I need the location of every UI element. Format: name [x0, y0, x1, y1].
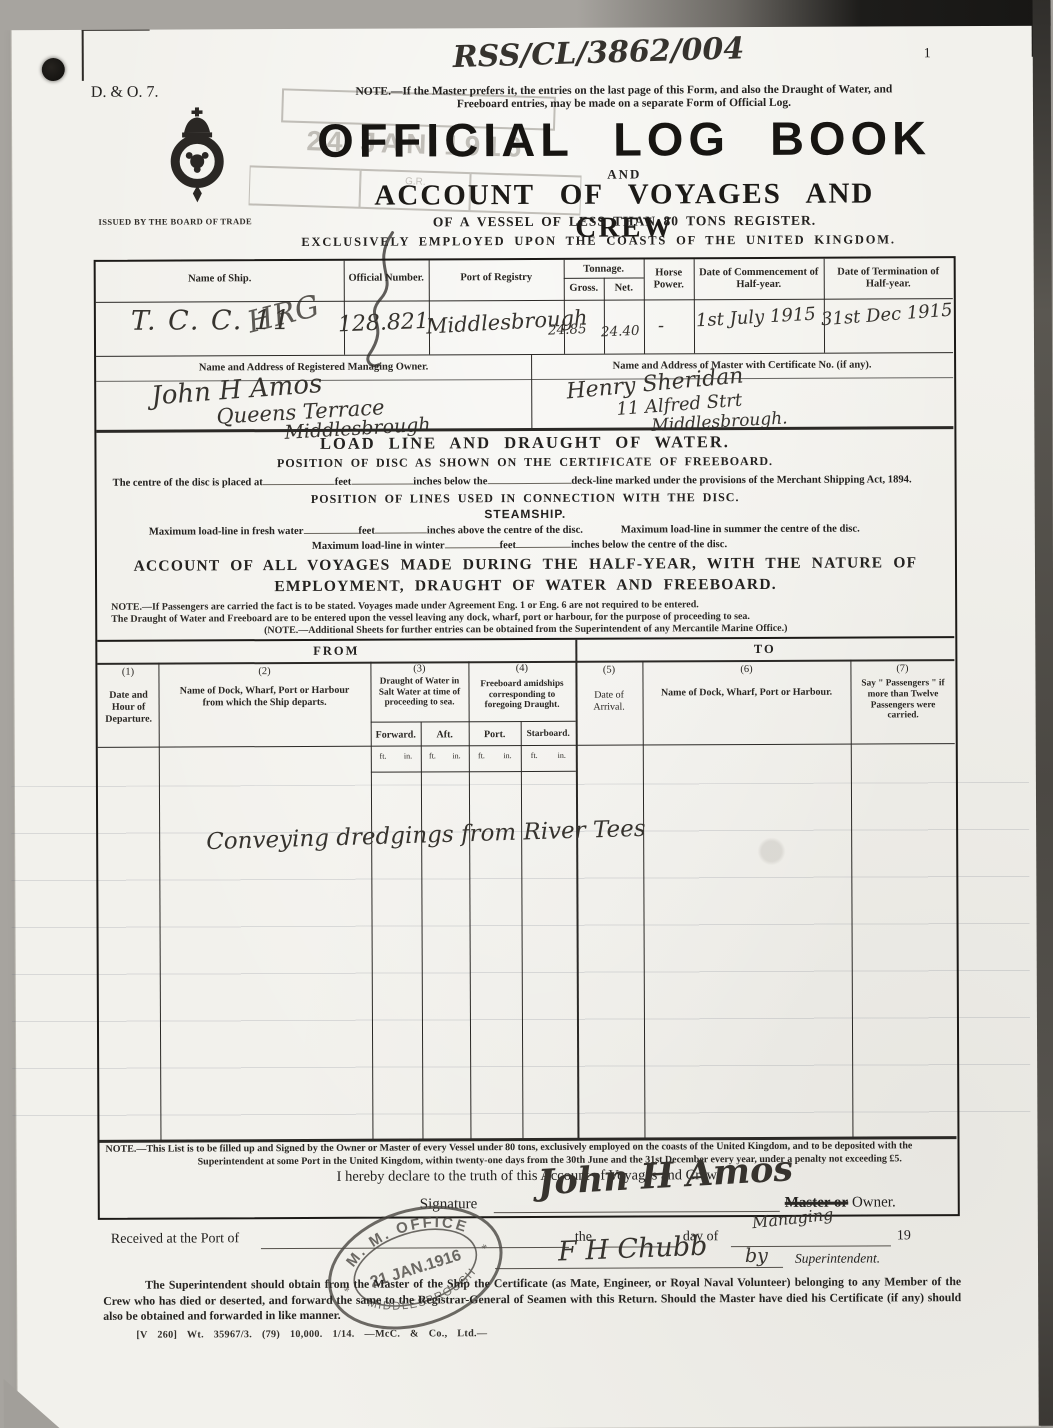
header-port-of-registry: Port of Registry: [429, 272, 564, 285]
loadline-centre-text3: inches below the: [413, 476, 487, 487]
loadline-winter-text2: feet: [500, 540, 517, 551]
header-official-number: Official Number.: [344, 272, 429, 284]
table-vline: [421, 721, 424, 1140]
header-gross: Gross.: [564, 283, 604, 295]
from-header: FROM: [97, 643, 575, 660]
col1-label: Date and Hour of Departure.: [100, 690, 158, 726]
ft-label: ft.: [531, 751, 538, 760]
table-hline: [98, 743, 955, 748]
footer-note: NOTE.—This List is to be filled up and S…: [105, 1140, 951, 1169]
ftin-cell: ft.in.: [521, 751, 576, 760]
col4-label: Freeboard amidships corresponding to for…: [471, 678, 572, 710]
voyage-entry-handwriting: Conveying dredgings from River Tees: [206, 816, 646, 855]
col4-sub-port: Port.: [469, 729, 521, 741]
blank-line: [516, 537, 571, 548]
blank-line: [487, 473, 571, 484]
loadline-fresh-text2: feet: [358, 526, 375, 537]
loadline-fresh-text1: Maximum load-line in fresh water: [149, 526, 304, 538]
col2-label: Name of Dock, Wharf, Port or Harbour fro…: [170, 685, 358, 709]
superintendent-signature-handwriting: F H Chubb: [557, 1231, 708, 1268]
signature-line: [494, 1211, 780, 1213]
table-vline: [642, 660, 645, 1139]
crest-icon: [156, 105, 238, 205]
header-horse-power: Horse Power.: [644, 267, 694, 291]
loadline-title: LOAD LINE AND DRAUGHT OF WATER.: [96, 431, 953, 455]
crest-caption: ISSUED BY THE BOARD OF TRADE: [98, 216, 252, 227]
punch-hole: [42, 58, 65, 81]
by-handwriting: by: [745, 1245, 768, 1267]
col2-number: (2): [158, 666, 370, 678]
blank-line: [375, 522, 427, 533]
loadline-fresh-text3: inches above the centre of the disc.: [427, 525, 583, 537]
ft-label: ft.: [380, 752, 387, 761]
commencement-handwriting: 1st July 1915: [695, 304, 816, 332]
col5-label: Date of Arrival.: [578, 690, 641, 714]
coasts-line: EXCLUSIVELY EMPLOYED UPON THE COASTS OF …: [249, 232, 949, 250]
paper-sheet: 1 RSS/CL/3862/004 D. & O. 7. 24 JAN 1916…: [0, 0, 1053, 1428]
loadline-summer-text: Maximum load-line in summer the centre o…: [621, 524, 860, 536]
ft-label: ft.: [429, 751, 436, 760]
owner-word: Owner.: [852, 1194, 896, 1210]
col3-sub-forward: Forward.: [371, 729, 421, 741]
table-hline: [371, 721, 576, 723]
ft-label: ft.: [478, 751, 485, 760]
table-hline: [96, 352, 953, 357]
loadline-centre-text4: deck-line marked under the provisions of…: [571, 474, 911, 486]
header-name-of-ship: Name of Ship.: [96, 273, 344, 286]
table-vline: [850, 660, 853, 1139]
account-title2: EMPLOYMENT, DRAUGHT OF WATER AND FREEBOA…: [97, 575, 954, 597]
official-number-handwriting: 128.821: [337, 309, 429, 338]
account-note3: (NOTE.—Additional Sheets for further ent…: [97, 622, 954, 637]
ftin-cell: ft.in.: [421, 751, 469, 760]
form-box: Name of Ship. Official Number. Port of R…: [94, 256, 960, 1220]
header-commencement: Date of Commencement of Half-year.: [696, 267, 822, 292]
col6-label: Name of Dock, Wharf, Port or Harbour.: [655, 687, 839, 700]
received-at-port-label: Received at the Port of: [111, 1231, 239, 1248]
voyages-table: FROM TO (1) (2) (3) (4) (5) (6) (7) Date…: [97, 636, 956, 1142]
col4-sub-starboard: Starboard.: [521, 729, 576, 741]
termination-handwriting: 31st Dec 1915: [820, 300, 953, 331]
loadline-winter-line: Maximum load-line in winterfeetinches be…: [312, 535, 952, 552]
header-net: Net.: [604, 282, 644, 294]
ftin-cell: ft.in.: [371, 751, 421, 760]
ship-name-handwriting: T. C. C. 11: [131, 305, 292, 337]
col3-number: (3): [370, 663, 468, 674]
loadline-sub1: POSITION OF DISC AS SHOWN ON THE CERTIFI…: [96, 453, 953, 472]
col7-label: Say " Passengers " if more than Twelve P…: [854, 678, 951, 722]
table-vline: [521, 721, 524, 1140]
loadline-winter-text3: inches below the centre of the disc.: [571, 539, 727, 551]
blank-line: [263, 474, 335, 485]
blank-line: [303, 523, 358, 534]
to-header: TO: [575, 641, 954, 658]
col1-number: (1): [97, 667, 158, 678]
year-19: 19: [897, 1228, 911, 1244]
scanner-top-edge: [0, 0, 1051, 30]
col7-number: (7): [850, 663, 954, 674]
table-hline: [371, 771, 576, 773]
table-vline: [158, 663, 161, 1142]
col3-sub-aft: Aft.: [421, 729, 469, 741]
stamp-star-right: *: [480, 1241, 490, 1256]
vessel-line: OF A VESSEL OF LESS THAN 80 TONS REGISTE…: [318, 212, 930, 231]
col5-number: (5): [575, 664, 642, 675]
crop-mark-top-left: [82, 29, 150, 81]
in-label: in.: [404, 752, 412, 761]
board-of-trade-crest: [156, 105, 238, 205]
col6-number: (6): [642, 664, 850, 676]
loadline-centre-line: The centre of the disc is placed atfeeti…: [113, 471, 943, 489]
table-hline: [564, 277, 644, 278]
in-label: in.: [503, 751, 511, 760]
col3-label: Draught of Water in Salt Water at time o…: [373, 675, 465, 707]
declaration-text: I hereby declare to the truth of this Ac…: [100, 1166, 957, 1187]
page-number: 1: [924, 46, 931, 62]
blank-line: [351, 473, 413, 484]
col4-number: (4): [468, 663, 575, 674]
net-tonnage-handwriting: 24.40: [601, 323, 640, 341]
printer-imprint: [V 260] Wt. 35967/3. (79) 10,000. 1/14. …: [136, 1328, 487, 1341]
horse-power-handwriting: -: [658, 315, 664, 336]
loadline-winter-text1: Maximum load-line in winter: [312, 540, 445, 552]
scanned-log-book-page: 1 RSS/CL/3862/004 D. & O. 7. 24 JAN 1916…: [0, 0, 1053, 1428]
header-tonnage: Tonnage.: [564, 263, 644, 275]
gross-tonnage-handwriting: 24.85: [548, 321, 587, 339]
account-title1: ACCOUNT OF ALL VOYAGES MADE DURING THE H…: [97, 554, 954, 576]
superintendent-label: Superintendent.: [795, 1250, 880, 1266]
header-termination: Date of Termination of Half-year.: [826, 266, 951, 291]
form-code: D. & O. 7.: [91, 84, 159, 102]
superintendent-paragraph: The Superintendent should obtain from th…: [103, 1274, 961, 1324]
in-label: in.: [452, 751, 460, 760]
loadline-centre-text1: The centre of the disc is placed at: [113, 477, 263, 489]
blank-line: [445, 537, 500, 548]
ftin-cell: ft.in.: [469, 751, 521, 760]
from-to-divider: [575, 640, 579, 1140]
main-title: OFFICIAL LOG BOOK: [316, 110, 932, 168]
loadline-centre-text2: feet: [335, 477, 352, 488]
in-label: in.: [558, 751, 566, 760]
